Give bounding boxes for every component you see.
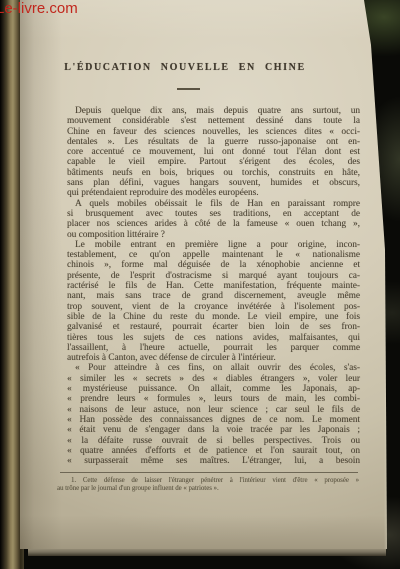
text-line: « similer les « secrets » des « diables … — [67, 374, 360, 384]
text-line: « Pour atteindre à ces fins, on allait o… — [67, 363, 360, 373]
text-line: « quatre années d'efforts et de patience… — [67, 446, 360, 456]
text-line: trop souvent, vient de la croyance invét… — [67, 302, 360, 312]
text-line: placer nos sciences arides à côté de la … — [67, 219, 360, 229]
text-line: dentales ». Les résultats de la guerre r… — [67, 137, 360, 147]
text-line: « était venu de s'engager dans la voie t… — [67, 425, 360, 435]
text-line: sible de la Chine du reste du monde. Le … — [67, 312, 360, 322]
title-divider — [177, 88, 200, 90]
text-line: Depuis quelque dix ans, mais depuis quat… — [67, 106, 360, 116]
text-line: nant, mais sans trace de grand discernem… — [67, 291, 360, 301]
text-line: « naisons de leur astuce, non leur scien… — [67, 405, 360, 415]
footnote: 1. Cette défense de laisser l'étranger p… — [57, 477, 359, 494]
paragraph: Depuis quelque dix ans, mais depuis quat… — [67, 106, 360, 199]
text-line: Chine en faveur des sciences nouvelles, … — [67, 127, 360, 137]
book-page: L'ÉDUCATION NOUVELLE EN CHINE Depuis que… — [20, 0, 388, 549]
text-line: « la défaite russe ouvrait de si belles … — [67, 436, 360, 446]
text-line: présente, de l'esprit d'ostracisme si ma… — [67, 271, 360, 281]
paragraph: « Pour atteindre à ces fins, on allait o… — [67, 363, 360, 466]
text-line: autrefois à Canton, avec défense de circ… — [67, 353, 360, 363]
text-line: testablement, ce qu'on appelle maintenan… — [67, 250, 360, 260]
text-line: « surpasserait même ses maîtres. L'étran… — [67, 456, 360, 466]
text-line: chinois », forme mal déguisée de la xéno… — [67, 260, 360, 270]
page-content: L'ÉDUCATION NOUVELLE EN CHINE Depuis que… — [20, 0, 388, 549]
text-line: si brusquement avec toutes ses tradition… — [67, 209, 360, 219]
paragraph: A quels mobiles obéissait le fils de Han… — [67, 199, 360, 240]
text-line: au trône par le journal d'un groupe infl… — [57, 485, 359, 493]
text-line: ou composition littéraire ? — [67, 230, 360, 240]
watermark-text: Le-livre.com — [0, 0, 78, 17]
paragraph: Le mobile entrant en première ligne a po… — [67, 240, 360, 364]
text-line: sans plan défini, vagues hangars souvent… — [67, 178, 360, 188]
text-line: « prendre leurs « formules », leurs tour… — [67, 394, 360, 404]
text-line: ractérisé le fils de Han. Cette manifest… — [67, 281, 360, 291]
text-line: galvanisé et restauré, pourrait écarter … — [67, 322, 360, 332]
text-line: « Han possède des connaissances dignes d… — [67, 415, 360, 425]
body-text: Depuis quelque dix ans, mais depuis quat… — [67, 106, 360, 466]
text-line: mouvement considérable s'est nettement d… — [67, 116, 360, 126]
text-line: bâtiments neufs en bois, briques ou torc… — [67, 168, 360, 178]
footnote-divider — [60, 472, 358, 473]
paragraph: 1. Cette défense de laisser l'étranger p… — [57, 477, 359, 494]
text-line: core accentué ce mouvement, lui ont donn… — [67, 147, 360, 157]
text-line: l'assaillent, à l'heure actuelle, pourra… — [67, 343, 360, 353]
text-line: A quels mobiles obéissait le fils de Han… — [67, 199, 360, 209]
text-line: tières tous les sujets de ces nations av… — [67, 333, 360, 343]
text-line: capable le vieil empire. Partout s'érige… — [67, 157, 360, 167]
page-title: L'ÉDUCATION NOUVELLE EN CHINE — [36, 62, 334, 73]
book-photo: L'ÉDUCATION NOUVELLE EN CHINE Depuis que… — [0, 0, 400, 569]
text-line: « mystérieuse puissance. On allait, comm… — [67, 384, 360, 394]
text-line: qui prétendaient reproduire des modèles … — [67, 188, 360, 198]
text-line: Le mobile entrant en première ligne a po… — [67, 240, 360, 250]
